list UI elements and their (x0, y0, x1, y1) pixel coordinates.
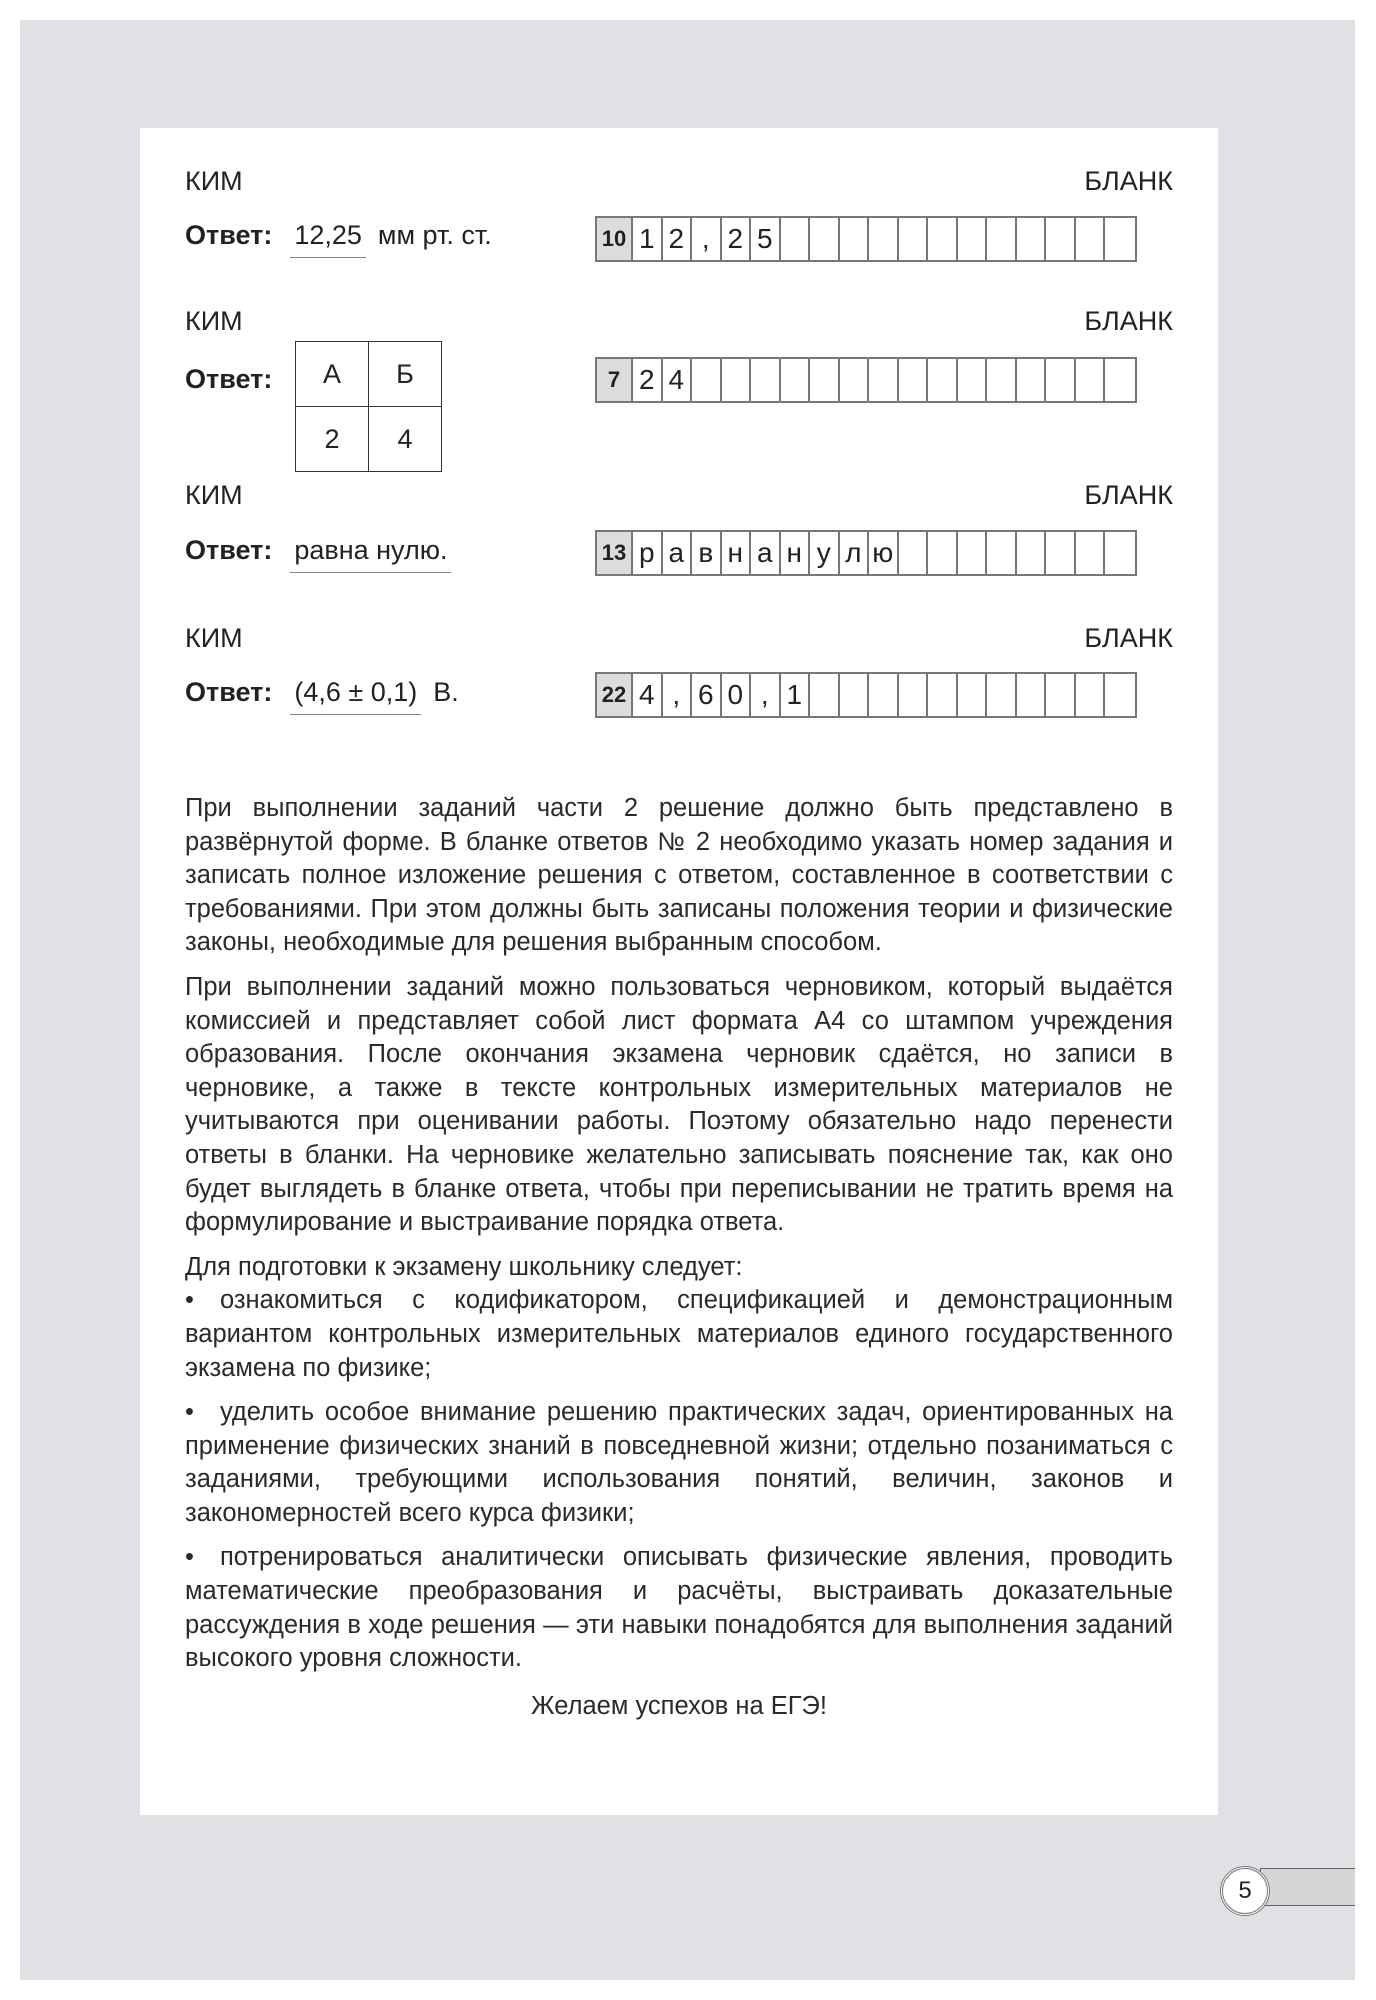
answer-cell (692, 359, 722, 401)
answer-cell: 6 (692, 674, 722, 716)
answer-cell: р (633, 532, 663, 574)
bullet-icon: • (185, 1543, 194, 1571)
blank-label: БЛАНК (1084, 166, 1173, 197)
answer-cell (958, 218, 988, 260)
answer-cell (899, 359, 929, 401)
table-header-a: А (296, 342, 369, 407)
answer-cell: а (751, 532, 781, 574)
answer-value: равна нулю. (290, 535, 451, 573)
answer-cell (1017, 218, 1047, 260)
answer-cell: 1 (781, 674, 811, 716)
paragraph: Для подготовки к экзамену школьнику след… (185, 1251, 1173, 1285)
answer-cell (987, 218, 1017, 260)
page-number-tab (1260, 1868, 1355, 1906)
answer-row-22: Ответ: (4,6 ± 0,1) В. (185, 677, 459, 715)
answer-cell (810, 218, 840, 260)
answer-unit: мм рт. ст. (378, 220, 492, 251)
answer-cell (810, 674, 840, 716)
answer-cell: , (663, 674, 693, 716)
kim-label: КИМ (185, 623, 243, 654)
answer-cell (840, 218, 870, 260)
answer-cell (1076, 532, 1106, 574)
blank-label: БЛАНК (1084, 480, 1173, 511)
answer-cell: 5 (751, 218, 781, 260)
answer-cell: , (751, 674, 781, 716)
answer-value: 12,25 (290, 220, 366, 258)
kim-label: КИМ (185, 166, 243, 197)
answer-cell (1017, 532, 1047, 574)
answer-cell (928, 218, 958, 260)
bullet-item: •потренироваться аналитически описывать … (185, 1541, 1173, 1675)
answer-cell (1046, 674, 1076, 716)
answer-cell (958, 532, 988, 574)
closing-wish: Желаем успехов на ЕГЭ! (185, 1690, 1173, 1724)
bullet-icon: • (185, 1286, 194, 1314)
paragraph: При выполнении заданий части 2 решение д… (185, 792, 1173, 960)
answer-cell (928, 532, 958, 574)
answer-unit: В. (433, 677, 459, 708)
instructions-text: При выполнении заданий части 2 решение д… (185, 792, 1173, 1723)
blank-label: БЛАНК (1084, 623, 1173, 654)
table-header-b: Б (369, 342, 442, 407)
answer-label: Ответ: (185, 220, 272, 251)
answer-label: Ответ: (185, 535, 272, 566)
answer-table-7: А Б 2 4 (295, 341, 442, 472)
answer-cell: л (840, 532, 870, 574)
answer-cell (899, 674, 929, 716)
answer-cell (1105, 674, 1135, 716)
task-number-cell: 13 (597, 532, 633, 574)
answer-grid-10: 1012,25 (595, 216, 1137, 262)
bullet-item: •ознакомиться с кодификатором, специфика… (185, 1284, 1173, 1385)
answer-cell (1105, 359, 1135, 401)
answer-cell (1046, 218, 1076, 260)
answer-cell (1105, 218, 1135, 260)
answer-cell (781, 218, 811, 260)
answer-cell (722, 359, 752, 401)
bullet-icon: • (185, 1398, 194, 1426)
answer-cell (899, 532, 929, 574)
answer-cell (1105, 532, 1135, 574)
answer-cell (1076, 218, 1106, 260)
answer-cell: 2 (633, 359, 663, 401)
answer-cell (987, 359, 1017, 401)
answer-cell (1017, 359, 1047, 401)
answer-grid-22: 224,60,1 (595, 672, 1137, 718)
answer-row-10: Ответ: 12,25 мм рт. ст. (185, 220, 492, 258)
answer-cell: а (663, 532, 693, 574)
table-value-b: 4 (369, 407, 442, 472)
answer-cell: у (810, 532, 840, 574)
answer-cell (1076, 359, 1106, 401)
answer-cell (899, 218, 929, 260)
answer-value: (4,6 ± 0,1) (290, 677, 421, 715)
answer-cell (958, 359, 988, 401)
paragraph: При выполнении заданий можно пользоватьс… (185, 971, 1173, 1240)
answer-cell: в (692, 532, 722, 574)
answer-cell: 2 (663, 218, 693, 260)
answer-cell (928, 359, 958, 401)
answer-cell (928, 674, 958, 716)
answer-label: Ответ: (185, 677, 272, 708)
answer-row-13: Ответ: равна нулю. (185, 535, 451, 573)
bullet-item: •уделить особое внимание решению практич… (185, 1396, 1173, 1530)
answer-cell (840, 359, 870, 401)
task-number-cell: 10 (597, 218, 633, 260)
page-number: 5 (1220, 1866, 1270, 1916)
answer-cell (869, 674, 899, 716)
answer-cell (987, 532, 1017, 574)
answer-cell: 4 (663, 359, 693, 401)
answer-cell (810, 359, 840, 401)
answer-cell (751, 359, 781, 401)
answer-grid-7: 724 (595, 357, 1137, 403)
answer-cell (840, 674, 870, 716)
answer-grid-13: 13равнанулю (595, 530, 1137, 576)
kim-label: КИМ (185, 306, 243, 337)
answer-cell: н (781, 532, 811, 574)
answer-label: Ответ: (185, 364, 272, 395)
blank-label: БЛАНК (1084, 306, 1173, 337)
answer-cell (1046, 532, 1076, 574)
answer-cell (958, 674, 988, 716)
answer-cell (1017, 674, 1047, 716)
task-number-cell: 22 (597, 674, 633, 716)
table-value-a: 2 (296, 407, 369, 472)
answer-cell: 0 (722, 674, 752, 716)
answer-cell: н (722, 532, 752, 574)
answer-cell: 4 (633, 674, 663, 716)
answer-cell (781, 359, 811, 401)
answer-cell (987, 674, 1017, 716)
answer-cell (1076, 674, 1106, 716)
answer-cell: ю (869, 532, 899, 574)
answer-cell (869, 218, 899, 260)
kim-label: КИМ (185, 480, 243, 511)
answer-cell: , (692, 218, 722, 260)
task-number-cell: 7 (597, 359, 633, 401)
answer-cell (869, 359, 899, 401)
answer-cell: 1 (633, 218, 663, 260)
answer-row-7: Ответ: (185, 364, 290, 395)
answer-cell (1046, 359, 1076, 401)
answer-cell: 2 (722, 218, 752, 260)
